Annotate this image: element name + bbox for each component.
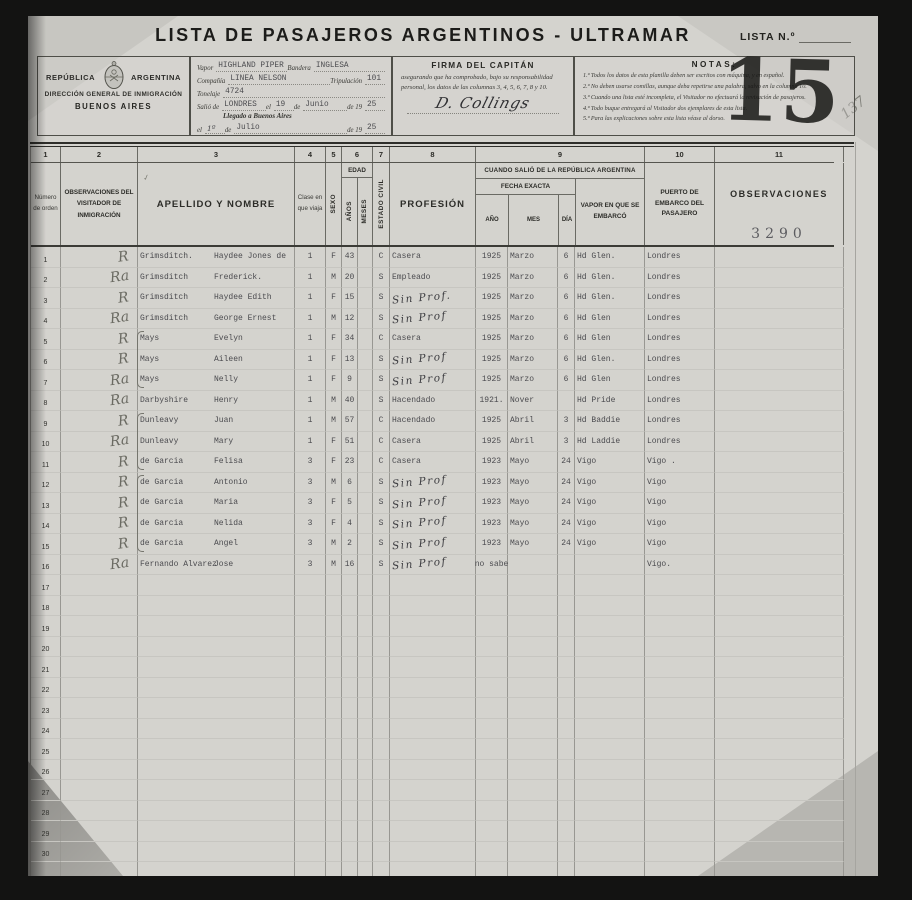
name-cell <box>138 760 295 781</box>
departure-month-cell <box>508 821 558 842</box>
vapor-embarked-cell <box>575 760 645 781</box>
observations-cell <box>715 719 844 740</box>
age-months-cell <box>358 780 373 801</box>
age-years-cell <box>342 780 358 801</box>
name-cell: MaysAileen <box>138 350 295 371</box>
class-cell: 1 <box>295 268 326 289</box>
list-number-stamp: 15 <box>719 47 841 136</box>
civil-status-cell <box>373 616 390 637</box>
age-years-cell <box>342 821 358 842</box>
row-number-cell: 12 <box>31 473 61 494</box>
port-cell: Vigo . <box>645 452 715 473</box>
given-name-text: Felisa <box>214 457 243 466</box>
edad-subcolumns: AÑOS MESES <box>342 178 372 245</box>
sexo-vertical-text: SEXO <box>330 194 337 214</box>
firma-text: asegurando que ha comprobado, bajo su re… <box>401 73 565 93</box>
typed-profession: Hacendado <box>392 416 435 425</box>
visitor-mark-cell: Ra <box>61 370 138 391</box>
row-number-cell: 11 <box>31 452 61 473</box>
vapor-embarked-cell: Hd Glen. <box>575 350 645 371</box>
class-cell <box>295 801 326 822</box>
vapor-embarked-cell <box>575 596 645 617</box>
col-number-6: 6 <box>342 147 373 162</box>
class-cell: 1 <box>295 370 326 391</box>
sex-cell: F <box>326 247 342 268</box>
name-cell: de GarciaFelisa <box>138 452 295 473</box>
sex-cell: M <box>326 473 342 494</box>
visitor-mark-cell: R <box>61 493 138 514</box>
sex-cell: F <box>326 432 342 453</box>
civil-status-cell <box>373 575 390 596</box>
class-cell <box>295 637 326 658</box>
handwritten-mark: R <box>117 474 130 491</box>
vapor-embarked-cell: Hd Pride <box>575 391 645 412</box>
vapor-embarked-cell <box>575 862 645 876</box>
name-cell <box>138 739 295 760</box>
observations-cell <box>715 842 844 863</box>
class-cell: 1 <box>295 247 326 268</box>
class-cell: 1 <box>295 432 326 453</box>
departure-month-cell <box>508 555 558 576</box>
age-years-cell: 4 <box>342 514 358 535</box>
surname-text: de Garcia <box>140 457 214 466</box>
departure-month-cell: Marzo <box>508 329 558 350</box>
vapor-embarked-cell: Vigo <box>575 452 645 473</box>
row-number-cell: 25 <box>31 739 61 760</box>
typed-profession: Casera <box>392 437 421 446</box>
surname-text: Grimsditch <box>140 273 214 282</box>
llegado-de19-label: de 19 <box>347 127 365 134</box>
name-cell <box>138 821 295 842</box>
class-cell: 1 <box>295 329 326 350</box>
vapor-embarked-cell <box>575 555 645 576</box>
profession-cell <box>390 637 476 658</box>
salio-dia-value: 19 <box>274 101 294 111</box>
handwritten-mark: Ra <box>109 370 130 389</box>
name-cell: GrimsditchFrederick. <box>138 268 295 289</box>
sex-cell: M <box>326 391 342 412</box>
handwritten-mark: R <box>117 248 130 265</box>
sex-cell: F <box>326 370 342 391</box>
profession-cell <box>390 575 476 596</box>
direccion-label: DIRECCIÓN GENERAL DE INMIGRACIÓN <box>38 91 189 98</box>
surname-text: de Garcia <box>140 519 214 528</box>
class-cell <box>295 842 326 863</box>
visitor-mark-cell: R <box>61 247 138 268</box>
departure-year-cell: 1925 <box>476 247 508 268</box>
class-cell <box>295 719 326 740</box>
salio-puerto-value: LONDRES <box>222 101 266 111</box>
captain-signature-box: FIRMA DEL CAPITÁN asegurando que ha comp… <box>392 56 574 136</box>
captain-signature: D. Collings <box>398 94 567 112</box>
profession-cell: Hacendado <box>390 411 476 432</box>
visitor-mark-cell <box>61 862 138 876</box>
row-number-cell: 29 <box>31 821 61 842</box>
civil-status-cell: S <box>373 555 390 576</box>
table-row: 8RaDarbyshireHenry1M40SHacendado1921.Nov… <box>31 391 834 412</box>
profession-cell: Sin Prof <box>390 370 476 391</box>
sex-cell: F <box>326 493 342 514</box>
row-number-cell: 16 <box>31 555 61 576</box>
col-number-8: 8 <box>390 147 476 162</box>
table-row: 1RGrimsditch.Haydee Jones de1F43CCasera1… <box>31 247 834 268</box>
typed-profession: Casera <box>392 252 421 261</box>
vapor-embarked-cell <box>575 678 645 699</box>
departure-month-cell <box>508 637 558 658</box>
class-cell: 1 <box>295 309 326 330</box>
observations-cell <box>715 862 844 876</box>
age-years-cell <box>342 801 358 822</box>
class-cell <box>295 596 326 617</box>
visitor-mark-cell <box>61 678 138 699</box>
port-cell: Londres <box>645 288 715 309</box>
age-years-cell <box>342 760 358 781</box>
visitor-mark-cell <box>61 739 138 760</box>
given-name-text: Aileen <box>214 355 243 364</box>
row-number-cell: 10 <box>31 432 61 453</box>
port-cell <box>645 842 715 863</box>
profession-cell <box>390 780 476 801</box>
civil-status-cell <box>373 862 390 876</box>
vapor-embarked-cell: Hd Glen <box>575 309 645 330</box>
age-years-cell <box>342 616 358 637</box>
vapor-embarked-cell: Hd Glen <box>575 329 645 350</box>
col-number-4: 4 <box>295 147 326 162</box>
departure-year-cell <box>476 780 508 801</box>
profession-cell <box>390 719 476 740</box>
class-cell: 1 <box>295 350 326 371</box>
departure-month-cell <box>508 801 558 822</box>
departure-month-cell: Abril <box>508 432 558 453</box>
age-years-cell <box>342 862 358 876</box>
profession-cell: Casera <box>390 329 476 350</box>
name-cell <box>138 719 295 740</box>
visitor-mark-cell: Ra <box>61 432 138 453</box>
port-cell <box>645 821 715 842</box>
surname-text: de Garcia <box>140 539 214 548</box>
profession-cell <box>390 862 476 876</box>
surname-text: Grimsditch <box>140 314 214 323</box>
handwritten-profession: Sin Prof <box>392 494 448 511</box>
age-months-cell <box>358 760 373 781</box>
name-cell: DunleavyJuan <box>138 411 295 432</box>
name-cell: de GarciaAntonio <box>138 473 295 494</box>
vapor-embarked-cell: Vigo <box>575 493 645 514</box>
given-name-text: Nelly <box>214 375 238 384</box>
header-ano: AÑO <box>476 195 509 245</box>
row-number-cell: 15 <box>31 534 61 555</box>
row-number-cell: 26 <box>31 760 61 781</box>
departure-day-cell: 6 <box>558 350 575 371</box>
llegado-label: Llegado a Buenos Aires <box>197 112 385 122</box>
age-years-cell: 43 <box>342 247 358 268</box>
civil-status-cell: C <box>373 452 390 473</box>
departure-year-cell <box>476 596 508 617</box>
sex-cell <box>326 575 342 596</box>
ship-info-box: Vapor HIGHLAND PIPER Bandera INGLESA Com… <box>190 56 392 136</box>
age-months-cell <box>358 739 373 760</box>
header-mes: MES <box>509 195 559 245</box>
col-number-10: 10 <box>645 147 715 162</box>
departure-month-cell: Marzo <box>508 309 558 330</box>
vapor-embarked-cell <box>575 616 645 637</box>
sex-cell <box>326 596 342 617</box>
departure-day-cell <box>558 637 575 658</box>
age-years-cell <box>342 698 358 719</box>
name-cell <box>138 575 295 596</box>
name-cell <box>138 616 295 637</box>
de19-label: de 19 <box>347 104 365 111</box>
departure-day-cell <box>558 801 575 822</box>
age-years-cell: 57 <box>342 411 358 432</box>
surname-text: Mays <box>140 375 214 384</box>
departure-month-cell <box>508 842 558 863</box>
vapor-embarked-cell: Hd Glen. <box>575 288 645 309</box>
profession-cell <box>390 678 476 699</box>
sex-cell <box>326 719 342 740</box>
column-headers-row: Número de orden OBSERVACIONES DEL VISITA… <box>31 163 834 247</box>
name-cell: de GarciaMaria <box>138 493 295 514</box>
age-months-cell <box>358 596 373 617</box>
handwritten-mark: Ra <box>109 555 130 574</box>
salio-label: Salió de <box>197 104 222 111</box>
observations-cell <box>715 555 844 576</box>
age-years-cell <box>342 678 358 699</box>
observations-cell <box>715 821 844 842</box>
name-cell: GrimsditchHaydee Edith <box>138 288 295 309</box>
handwritten-mark: R <box>117 535 130 552</box>
port-cell: Londres <box>645 309 715 330</box>
header-boxes: REPÚBLICA ARGENTINA DIRECCIÓN GENERAL DE… <box>37 56 855 136</box>
departure-month-cell: Mayo <box>508 514 558 535</box>
class-cell <box>295 657 326 678</box>
buenos-aires-label: BUENOS AIRES <box>38 102 189 111</box>
age-years-cell <box>342 719 358 740</box>
age-months-cell <box>358 350 373 371</box>
class-cell: 1 <box>295 411 326 432</box>
departure-year-cell <box>476 862 508 876</box>
vapor-value: HIGHLAND PIPER <box>216 62 287 72</box>
profession-cell <box>390 698 476 719</box>
table-row: 14Rde GarciaNelida3F4SSin Prof1923Mayo24… <box>31 514 834 535</box>
apellido-nombre-text: APELLIDO Y NOMBRE <box>157 199 276 210</box>
name-cell: DarbyshireHenry <box>138 391 295 412</box>
tonelaje-label: Tonelaje <box>197 91 223 98</box>
header-clase: Clase en que viaja <box>295 163 326 245</box>
civil-status-cell: C <box>373 411 390 432</box>
compania-line: Compañía LINEA NELSON Tripulación 101 <box>197 73 385 85</box>
departure-day-cell <box>558 575 575 596</box>
civil-status-cell: C <box>373 247 390 268</box>
vapor-embarked-cell <box>575 801 645 822</box>
profession-cell: Sin Prof <box>390 473 476 494</box>
age-months-cell <box>358 514 373 535</box>
civil-status-cell: S <box>373 370 390 391</box>
departure-day-cell: 24 <box>558 473 575 494</box>
departure-day-cell <box>558 760 575 781</box>
civil-status-cell <box>373 678 390 699</box>
departure-year-cell: 1923 <box>476 473 508 494</box>
sex-cell <box>326 821 342 842</box>
sex-cell <box>326 637 342 658</box>
estado-civil-vertical-text: ESTADO CIVIL <box>378 179 385 229</box>
name-cell: MaysNelly <box>138 370 295 391</box>
visitor-mark-cell: Ra <box>61 309 138 330</box>
row-number-cell <box>31 862 61 876</box>
given-name-text: Haydee Edith <box>214 293 272 302</box>
row-number-cell: 2 <box>31 268 61 289</box>
vapor-embarked-cell: Vigo <box>575 514 645 535</box>
departure-month-cell: Marzo <box>508 370 558 391</box>
profession-cell: Empleado <box>390 268 476 289</box>
profession-cell: Sin Prof <box>390 555 476 576</box>
row-number-cell: 24 <box>31 719 61 740</box>
departure-year-cell: 1925 <box>476 329 508 350</box>
header-anos: AÑOS <box>342 178 358 245</box>
age-months-cell <box>358 473 373 494</box>
class-cell: 3 <box>295 473 326 494</box>
table-row: 20 <box>31 637 834 658</box>
class-cell <box>295 698 326 719</box>
profession-cell: Casera <box>390 452 476 473</box>
given-name-text: Antonio <box>214 478 248 487</box>
age-years-cell: 16 <box>342 555 358 576</box>
vapor-embarked-cell: Hd Glen <box>575 370 645 391</box>
name-cell <box>138 678 295 699</box>
sex-cell: M <box>326 534 342 555</box>
civil-status-cell <box>373 821 390 842</box>
visitor-mark-cell: R <box>61 452 138 473</box>
table-row: 27 <box>31 780 834 801</box>
header-cuando-salio: CUANDO SALIÓ DE LA REPÚBLICA ARGENTINA F… <box>476 163 645 245</box>
age-months-cell <box>358 288 373 309</box>
age-years-cell <box>342 596 358 617</box>
row-number-cell: 8 <box>31 391 61 412</box>
sex-cell <box>326 780 342 801</box>
header-profesion: PROFESIÓN <box>390 163 476 245</box>
age-years-cell <box>342 657 358 678</box>
table-row: 5RMaysEvelyn1F34CCasera1925Marzo6Hd Glen… <box>31 329 834 350</box>
sex-cell: F <box>326 350 342 371</box>
departure-day-cell: 6 <box>558 329 575 350</box>
port-cell: Londres <box>645 329 715 350</box>
departure-month-cell <box>508 657 558 678</box>
departure-day-cell: 24 <box>558 534 575 555</box>
departure-month-cell <box>508 616 558 637</box>
given-name-text: Henry <box>214 396 238 405</box>
departure-year-cell: 1921. <box>476 391 508 412</box>
departure-month-cell: Marzo <box>508 268 558 289</box>
page-fold-line <box>855 142 856 876</box>
compania-label: Compañía <box>197 78 228 85</box>
handwritten-mark: Ra <box>109 309 130 328</box>
handwritten-mark: R <box>117 453 130 470</box>
age-months-cell <box>358 801 373 822</box>
handwritten-profession: Sin Prof <box>392 515 448 532</box>
departure-month-cell <box>508 862 558 876</box>
row-number-cell: 20 <box>31 637 61 658</box>
civil-status-cell <box>373 801 390 822</box>
departure-day-cell <box>558 862 575 876</box>
surname-text: Grimsditch. <box>140 252 214 261</box>
observations-cell <box>715 452 844 473</box>
sex-cell <box>326 657 342 678</box>
header-observaciones: OBSERVACIONES 3290 <box>715 163 844 245</box>
sex-cell: M <box>326 309 342 330</box>
table-row: 21 <box>31 657 834 678</box>
fecha-exacta-title: FECHA EXACTA <box>476 179 575 195</box>
sex-cell <box>326 760 342 781</box>
header-estado-civil: ESTADO CIVIL <box>373 163 390 245</box>
observations-cell <box>715 637 844 658</box>
vapor-embarked-cell <box>575 698 645 719</box>
class-cell: 3 <box>295 493 326 514</box>
tonelaje-value: 4724 <box>223 88 385 98</box>
departure-year-cell <box>476 801 508 822</box>
given-name-text: Maria <box>214 498 238 507</box>
surname-text: de Garcia <box>140 478 214 487</box>
departure-day-cell: 6 <box>558 309 575 330</box>
row-number-cell: 5 <box>31 329 61 350</box>
class-cell <box>295 739 326 760</box>
handwritten-mark: Ra <box>109 268 130 287</box>
table-row: 12Rde GarciaAntonio3M6SSin Prof1923Mayo2… <box>31 473 834 494</box>
name-cell <box>138 862 295 876</box>
port-cell <box>645 862 715 876</box>
observations-cell <box>715 268 844 289</box>
departure-day-cell <box>558 616 575 637</box>
name-cell: GrimsditchGeorge Ernest <box>138 309 295 330</box>
argentina-label: ARGENTINA <box>131 73 181 82</box>
anos-vertical-text: AÑOS <box>346 201 353 221</box>
vapor-embarked-cell: Hd Baddie <box>575 411 645 432</box>
port-cell: Londres <box>645 391 715 412</box>
age-years-cell: 6 <box>342 473 358 494</box>
observations-cell <box>715 678 844 699</box>
col-number-7: 7 <box>373 147 390 162</box>
table-row: 22 <box>31 678 834 699</box>
handwritten-mark: R <box>117 515 130 532</box>
llegado-line: el 1º de Julio de 19 25 <box>197 122 385 134</box>
header-puerto-embarco: PUERTO DE EMBARCO DEL PASAJERO <box>645 163 715 245</box>
departure-month-cell <box>508 678 558 699</box>
port-cell <box>645 780 715 801</box>
observations-cell <box>715 698 844 719</box>
departure-day-cell <box>558 780 575 801</box>
departure-year-cell: 1925 <box>476 411 508 432</box>
age-years-cell <box>342 842 358 863</box>
departure-year-cell: 1925 <box>476 309 508 330</box>
sex-cell: F <box>326 514 342 535</box>
age-months-cell <box>358 698 373 719</box>
departure-day-cell: 6 <box>558 288 575 309</box>
profession-cell: Casera <box>390 432 476 453</box>
row-number-cell: 9 <box>31 411 61 432</box>
departure-month-cell: Marzo <box>508 350 558 371</box>
vapor-embarked-cell <box>575 719 645 740</box>
sex-cell <box>326 698 342 719</box>
age-months-cell <box>358 534 373 555</box>
age-months-cell <box>358 555 373 576</box>
de-label: de <box>294 104 303 111</box>
table-row <box>31 862 834 876</box>
port-cell <box>645 739 715 760</box>
port-cell: Vigo <box>645 514 715 535</box>
port-cell <box>645 678 715 699</box>
civil-status-cell: S <box>373 288 390 309</box>
departure-month-cell: Mayo <box>508 452 558 473</box>
table-row: 9RDunleavyJuan1M57CHacendado1925Abril3Hd… <box>31 411 834 432</box>
